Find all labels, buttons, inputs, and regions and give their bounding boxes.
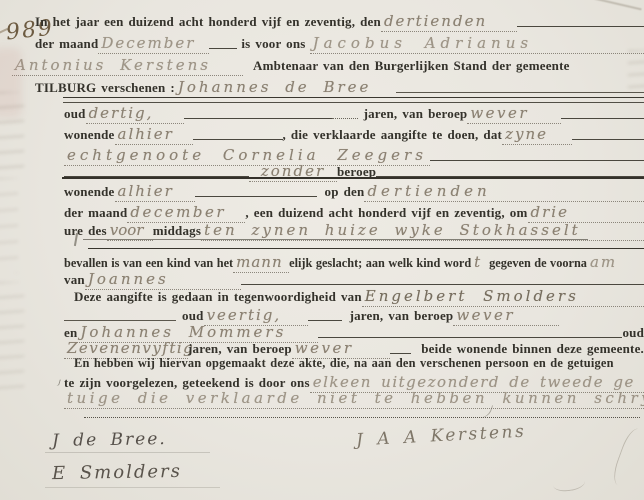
bleed-lines-left-2 bbox=[0, 178, 18, 273]
signature-declarant: J de Bree. bbox=[52, 429, 167, 451]
beide-text: beide wonende binnen deze gemeente. bbox=[421, 341, 644, 357]
section-rule-heavy bbox=[62, 177, 644, 179]
rule-short bbox=[209, 48, 237, 49]
dotted-closing-rule bbox=[84, 417, 640, 418]
stray-stroke-bottom-right-2 bbox=[552, 474, 586, 493]
rule-short bbox=[64, 320, 176, 321]
oud-text: oud bbox=[64, 106, 86, 122]
intro-line-official: Antonius Kerstens Ambtenaar van den Burg… bbox=[12, 56, 644, 75]
handwritten-occupation: wever bbox=[467, 104, 561, 124]
handwritten-daypart: voor bbox=[107, 221, 153, 241]
thin-underline-rule bbox=[83, 239, 588, 240]
rule-short bbox=[184, 118, 332, 119]
handwritten-official-firstnames: Jacobus Adrianus bbox=[310, 34, 644, 54]
rule-dotted-short bbox=[332, 118, 358, 119]
rule-fill bbox=[430, 160, 644, 161]
rule-short bbox=[308, 320, 342, 321]
closing1-text: En hebben wij hiervan opgemaakt deze akt… bbox=[74, 356, 614, 371]
handwritten-day: dertienden bbox=[381, 12, 517, 32]
witnesses-line-intro: Deze aangifte is gedaan in tegenwoordigh… bbox=[74, 287, 644, 306]
oud1-text: oud bbox=[182, 308, 204, 324]
middags-text: middags bbox=[153, 223, 201, 239]
rule-fill bbox=[561, 118, 644, 119]
bevallen-text: bevallen is van een kind van het bbox=[64, 256, 233, 271]
before-us-text: is voor ons bbox=[241, 36, 305, 52]
year-phrase-text: In het jaar een duizend acht honderd vij… bbox=[35, 14, 381, 30]
handwritten-residence: alhier bbox=[115, 125, 193, 145]
month-label-text: der maand bbox=[35, 36, 98, 52]
closing-line-3: tuige die verklaarde niet te hebben kunn… bbox=[64, 389, 644, 408]
geslacht-text: elijk geslacht; aan welk kind word bbox=[289, 256, 471, 271]
handwritten-zonder: zonder bbox=[249, 162, 337, 182]
intro-line-municipality: TILBURG verschenen : Johannes de Bree bbox=[35, 78, 644, 97]
handwritten-witness1-name: Engelbert Smolders bbox=[362, 287, 644, 307]
stray-stroke-bottom-right-1 bbox=[609, 426, 644, 490]
municipality-text: TILBURG verschenen : bbox=[35, 80, 175, 96]
handwritten-month: December bbox=[98, 34, 209, 54]
wonende2-text: wonende bbox=[64, 184, 115, 200]
rule-fill bbox=[396, 92, 644, 93]
handwritten-hour: drie bbox=[528, 203, 644, 223]
handwritten-closing-3: tuige die verklaarde niet te hebben kunn… bbox=[64, 389, 644, 409]
bleed-lines-left-1 bbox=[0, 92, 24, 172]
signature-witness: E Smolders bbox=[52, 461, 182, 484]
signature-declarant-baseline bbox=[45, 452, 210, 453]
stray-stroke-top-right bbox=[594, 0, 641, 10]
signature-official: J A A Kerstens bbox=[356, 422, 527, 451]
intro-line-month: der maand December is voor ons Jacobus A… bbox=[35, 34, 644, 53]
handwritten-birth-month: december bbox=[127, 203, 245, 223]
stray-comma-mark bbox=[55, 379, 61, 387]
handwritten-birth-day: dertienden bbox=[364, 182, 644, 202]
section-rule-birth bbox=[88, 248, 644, 249]
rule-fill bbox=[572, 139, 644, 140]
rule-fill bbox=[517, 26, 644, 27]
rule-fill bbox=[318, 337, 622, 338]
handwritten-declarant-name: Johannes de Bree bbox=[175, 78, 396, 98]
birth-certificate-scan: 989 In het jaar een duizend acht honderd… bbox=[0, 0, 644, 500]
jaren-beroep2-text: jaren, van beroep bbox=[188, 341, 292, 357]
jaren-beroep-text: jaren, van beroep bbox=[364, 106, 468, 122]
aangifte-text: Deze aangifte is gedaan in tegenwoordigh… bbox=[74, 289, 362, 305]
rule-short bbox=[193, 139, 283, 140]
intro-line-year: In het jaar een duizend acht honderd vij… bbox=[35, 12, 644, 31]
birth-line-location: ure des voor middags ten zynen huize wyk… bbox=[64, 221, 644, 240]
handwritten-age: dertig, bbox=[86, 104, 184, 124]
voornaam-label-text: gegeven de voorna bbox=[489, 256, 587, 271]
handwritten-location: ten zynen huize wyke Stokhasselt bbox=[201, 221, 644, 241]
op-den-text: op den bbox=[325, 184, 365, 200]
handwritten-official-lastname: Antonius Kerstens bbox=[12, 56, 243, 76]
declaration-text: , die verklaarde aangifte te doen, dat bbox=[283, 127, 503, 143]
declarant-line-age: oud dertig, jaren, van beroep wever bbox=[64, 104, 644, 123]
section-rule-double bbox=[63, 97, 644, 103]
jaren-beroep1-text: jaren, van beroep bbox=[350, 308, 454, 324]
rule-fill bbox=[241, 284, 644, 285]
birth-line-residence: wonende alhier op den dertienden bbox=[64, 182, 644, 201]
birth-year-text: , een duizend acht honderd vijf en zeven… bbox=[245, 205, 527, 221]
handwritten-residence2: alhier bbox=[115, 182, 195, 202]
van-text: van bbox=[64, 272, 85, 288]
ure-des-text: ure des bbox=[64, 223, 107, 239]
birth-line-month: der maand december , een duizend acht ho… bbox=[64, 203, 644, 222]
handwritten-dat-value: zyne bbox=[502, 125, 572, 145]
wonende-text: wonende bbox=[64, 127, 115, 143]
official-title-text: Ambtenaar van den Burgerlijken Stand der… bbox=[253, 58, 570, 74]
month-label2-text: der maand bbox=[64, 205, 127, 221]
signature-witness-baseline bbox=[45, 487, 220, 488]
bleed-lines-left-3 bbox=[0, 282, 24, 392]
rule-short bbox=[195, 196, 317, 197]
rule-short bbox=[390, 353, 411, 354]
declarant-line-residence: wonende alhier , die verklaarde aangifte… bbox=[64, 125, 644, 144]
